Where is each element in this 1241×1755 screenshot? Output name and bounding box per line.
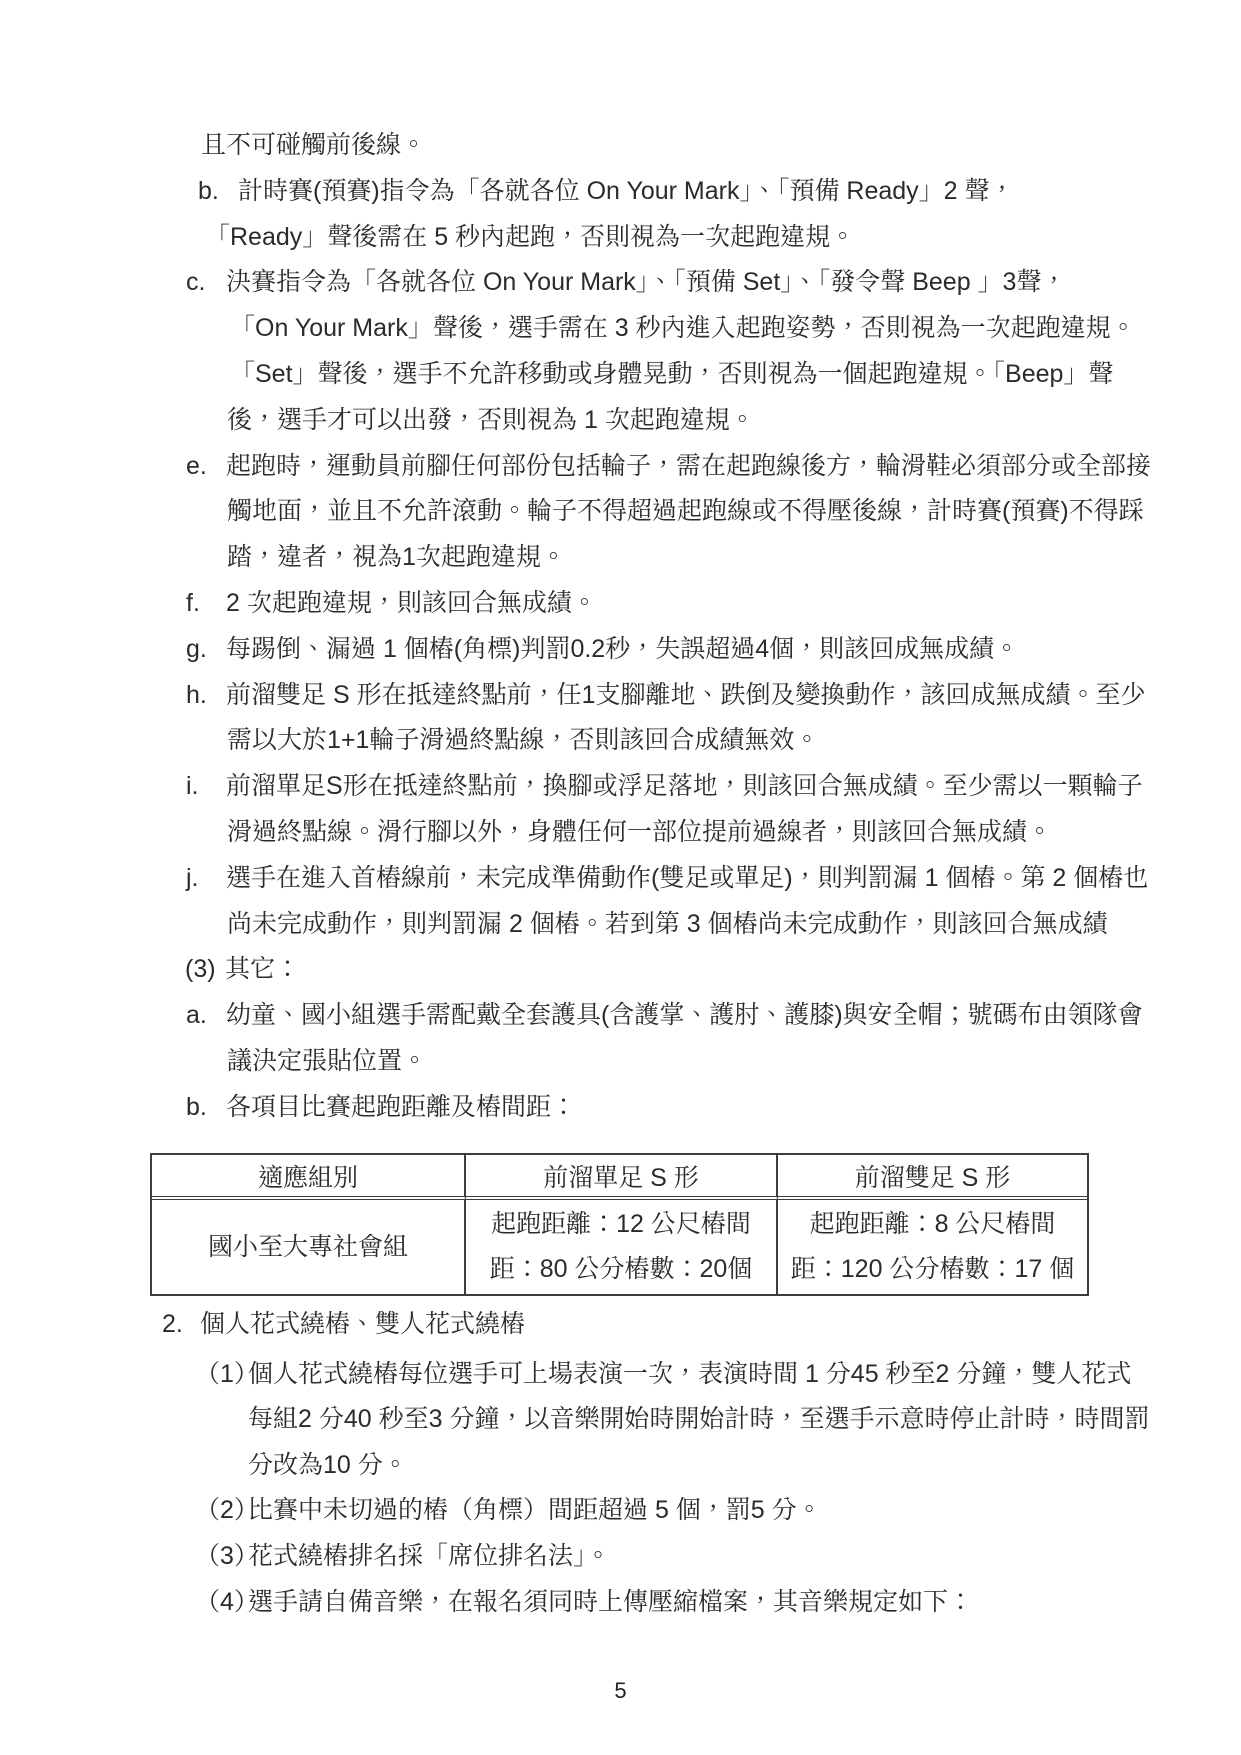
line-text: 選手請自備音樂，在報名須同時上傳壓縮檔案，其音樂規定如下： bbox=[248, 1579, 973, 1625]
text-line: a.幼童、國小組選手需配戴全套護具(含護掌、護肘、護膝)與安全帽；號碼布由領隊會 bbox=[0, 992, 1241, 1038]
line-text: 每組2 分40 秒至3 分鐘，以音樂開始時開始計時，至選手示意時停止計時，時間罰 bbox=[248, 1396, 1149, 1442]
line-text: 每踢倒、漏過 1 個樁(角標)判罰0.2秒，失誤超過4個，則該回成無成績。 bbox=[226, 626, 1019, 672]
table-cell-text: 國小至大專社會組 bbox=[208, 1225, 408, 1270]
line-text: 且不可碰觸前後線。 bbox=[201, 122, 426, 168]
table-cell-text: 起跑距離：12 公尺樁間 bbox=[491, 1202, 751, 1247]
text-line: f.2 次起跑違規，則該回合無成績。 bbox=[0, 580, 1241, 626]
text-line: 議決定張貼位置。 bbox=[0, 1038, 1241, 1084]
page-number: 5 bbox=[0, 1678, 1241, 1704]
list-marker: 2. bbox=[162, 1301, 183, 1347]
text-line: b.各項目比賽起跑距離及樁間距： bbox=[0, 1084, 1241, 1130]
line-text: 前溜雙足 S 形在抵達終點前，任1支腳離地、跌倒及變換動作，該回成無成績。至少 bbox=[226, 672, 1145, 718]
line-text: 其它： bbox=[225, 946, 300, 992]
text-line: 踏，違者，視為1次起跑違規。 bbox=[0, 534, 1241, 580]
line-text: 選手在進入首樁線前，未完成準備動作(雙足或單足)，則判罰漏 1 個樁。第 2 個… bbox=[226, 855, 1148, 901]
line-text: 起跑時，運動員前腳任何部份包括輪子，需在起跑線後方，輪滑鞋必須部分或全部接 bbox=[226, 443, 1151, 489]
list-marker: b. bbox=[186, 1084, 207, 1130]
text-line: b.計時賽(預賽)指令為「各就各位 On Your Mark」、「預備 Read… bbox=[0, 168, 1241, 214]
line-text: 「Ready」聲後需在 5 秒內起跑，否則視為一次起跑違規。 bbox=[205, 214, 855, 260]
list-marker: g. bbox=[186, 626, 207, 672]
line-text: 2 次起跑違規，則該回合無成績。 bbox=[226, 580, 597, 626]
text-line: e.起跑時，運動員前腳任何部份包括輪子，需在起跑線後方，輪滑鞋必須部分或全部接 bbox=[0, 443, 1241, 489]
line-text: 分改為10 分。 bbox=[248, 1442, 408, 1488]
text-line: 滑過終點線。滑行腳以外，身體任何一部位提前過線者，則該回合無成績。 bbox=[0, 809, 1241, 855]
text-line: c.決賽指令為「各就各位 On Your Mark」、「預備 Set」、「發令聲… bbox=[0, 259, 1241, 305]
text-line: (3)其它： bbox=[0, 946, 1241, 992]
text-line: （4）選手請自備音樂，在報名須同時上傳壓縮檔案，其音樂規定如下： bbox=[0, 1579, 1241, 1625]
table-cell-group: 國小至大專社會組 bbox=[152, 1200, 466, 1294]
text-line: 每組2 分40 秒至3 分鐘，以音樂開始時開始計時，至選手示意時停止計時，時間罰 bbox=[0, 1396, 1241, 1442]
document-lines: 且不可碰觸前後線。b.計時賽(預賽)指令為「各就各位 On Your Mark」… bbox=[0, 0, 1241, 1755]
list-marker: c. bbox=[186, 259, 205, 305]
table-cell-text: 起跑距離：8 公尺樁間 bbox=[810, 1202, 1056, 1247]
line-text: 「Set」聲後，選手不允許移動或身體晃動，否則視為一個起跑違規。「Beep」聲 bbox=[230, 351, 1113, 397]
text-line: 「Ready」聲後需在 5 秒內起跑，否則視為一次起跑違規。 bbox=[0, 214, 1241, 260]
line-text: 觸地面，並且不允許滾動。輪子不得超過起跑線或不得壓後線，計時賽(預賽)不得踩 bbox=[227, 488, 1144, 534]
line-text: 幼童、國小組選手需配戴全套護具(含護掌、護肘、護膝)與安全帽；號碼布由領隊會 bbox=[226, 992, 1143, 1038]
line-text: 決賽指令為「各就各位 On Your Mark」、「預備 Set」、「發令聲 B… bbox=[226, 259, 1066, 305]
list-marker: e. bbox=[186, 443, 207, 489]
text-line: 且不可碰觸前後線。 bbox=[0, 122, 1241, 168]
text-line: 觸地面，並且不允許滾動。輪子不得超過起跑線或不得壓後線，計時賽(預賽)不得踩 bbox=[0, 488, 1241, 534]
line-text: 花式繞樁排名採「席位排名法」。 bbox=[248, 1533, 611, 1579]
text-line: （1）個人花式繞樁每位選手可上場表演一次，表演時間 1 分45 秒至2 分鐘，雙… bbox=[0, 1351, 1241, 1397]
text-line: （3）花式繞樁排名採「席位排名法」。 bbox=[0, 1533, 1241, 1579]
text-line: 2.個人花式繞樁、雙人花式繞樁 bbox=[0, 1301, 1241, 1347]
table-cell-single-s: 起跑距離：12 公尺樁間 距：80 公分樁數：20個 bbox=[466, 1200, 778, 1294]
line-text: 後，選手才可以出發，否則視為 1 次起跑違規。 bbox=[227, 397, 755, 443]
line-text: 各項目比賽起跑距離及樁間距： bbox=[226, 1084, 576, 1130]
table-cell-text: 距：120 公分樁數：17 個 bbox=[791, 1247, 1074, 1292]
start-distance-table: 適應組別 前溜單足 S 形 前溜雙足 S 形 國小至大專社會組 起跑距離：12 … bbox=[150, 1153, 1089, 1296]
list-marker: (3) bbox=[185, 946, 216, 992]
table-header-double-s: 前溜雙足 S 形 bbox=[778, 1155, 1087, 1200]
list-marker: f. bbox=[186, 580, 200, 626]
list-marker: j. bbox=[186, 855, 199, 901]
text-line: 需以大於1+1輪子滑過終點線，否則該回合成績無效。 bbox=[0, 717, 1241, 763]
list-marker: i. bbox=[186, 763, 199, 809]
text-line: h.前溜雙足 S 形在抵達終點前，任1支腳離地、跌倒及變換動作，該回成無成績。至… bbox=[0, 672, 1241, 718]
text-line: 「Set」聲後，選手不允許移動或身體晃動，否則視為一個起跑違規。「Beep」聲 bbox=[0, 351, 1241, 397]
line-text: 計時賽(預賽)指令為「各就各位 On Your Mark」、「預備 Ready」… bbox=[238, 168, 1015, 214]
line-text: 個人花式繞樁每位選手可上場表演一次，表演時間 1 分45 秒至2 分鐘，雙人花式 bbox=[248, 1351, 1131, 1397]
text-line: 「On Your Mark」聲後，選手需在 3 秒內進入起跑姿勢，否則視為一次起… bbox=[0, 305, 1241, 351]
table-cell-text: 距：80 公分樁數：20個 bbox=[490, 1247, 753, 1292]
text-line: 後，選手才可以出發，否則視為 1 次起跑違規。 bbox=[0, 397, 1241, 443]
list-marker: b. bbox=[198, 168, 219, 214]
table-header-single-s: 前溜單足 S 形 bbox=[466, 1155, 778, 1200]
text-line: 分改為10 分。 bbox=[0, 1442, 1241, 1488]
line-text: 需以大於1+1輪子滑過終點線，否則該回合成績無效。 bbox=[227, 717, 819, 763]
line-text: 踏，違者，視為1次起跑違規。 bbox=[227, 534, 566, 580]
text-line: j.選手在進入首樁線前，未完成準備動作(雙足或單足)，則判罰漏 1 個樁。第 2… bbox=[0, 855, 1241, 901]
line-text: 滑過終點線。滑行腳以外，身體任何一部位提前過線者，則該回合無成績。 bbox=[227, 809, 1052, 855]
line-text: 比賽中未切過的樁（角標）間距超過 5 個，罰5 分。 bbox=[248, 1487, 822, 1533]
table-header-group: 適應組別 bbox=[152, 1155, 466, 1200]
line-text: 「On Your Mark」聲後，選手需在 3 秒內進入起跑姿勢，否則視為一次起… bbox=[230, 305, 1136, 351]
list-marker: h. bbox=[186, 672, 207, 718]
text-line: 尚未完成動作，則判罰漏 2 個樁。若到第 3 個樁尚未完成動作，則該回合無成績 bbox=[0, 901, 1241, 947]
list-marker: a. bbox=[186, 992, 207, 1038]
line-text: 個人花式繞樁、雙人花式繞樁 bbox=[200, 1301, 525, 1347]
text-line: i.前溜單足S形在抵達終點前，換腳或浮足落地，則該回合無成績。至少需以一顆輪子 bbox=[0, 763, 1241, 809]
document-page: 且不可碰觸前後線。b.計時賽(預賽)指令為「各就各位 On Your Mark」… bbox=[0, 0, 1241, 1755]
text-line: （2）比賽中未切過的樁（角標）間距超過 5 個，罰5 分。 bbox=[0, 1487, 1241, 1533]
line-text: 尚未完成動作，則判罰漏 2 個樁。若到第 3 個樁尚未完成動作，則該回合無成績 bbox=[227, 901, 1108, 947]
text-line: g.每踢倒、漏過 1 個樁(角標)判罰0.2秒，失誤超過4個，則該回成無成績。 bbox=[0, 626, 1241, 672]
line-text: 前溜單足S形在抵達終點前，換腳或浮足落地，則該回合無成績。至少需以一顆輪子 bbox=[226, 763, 1143, 809]
line-text: 議決定張貼位置。 bbox=[227, 1038, 427, 1084]
table-cell-double-s: 起跑距離：8 公尺樁間 距：120 公分樁數：17 個 bbox=[778, 1200, 1087, 1294]
